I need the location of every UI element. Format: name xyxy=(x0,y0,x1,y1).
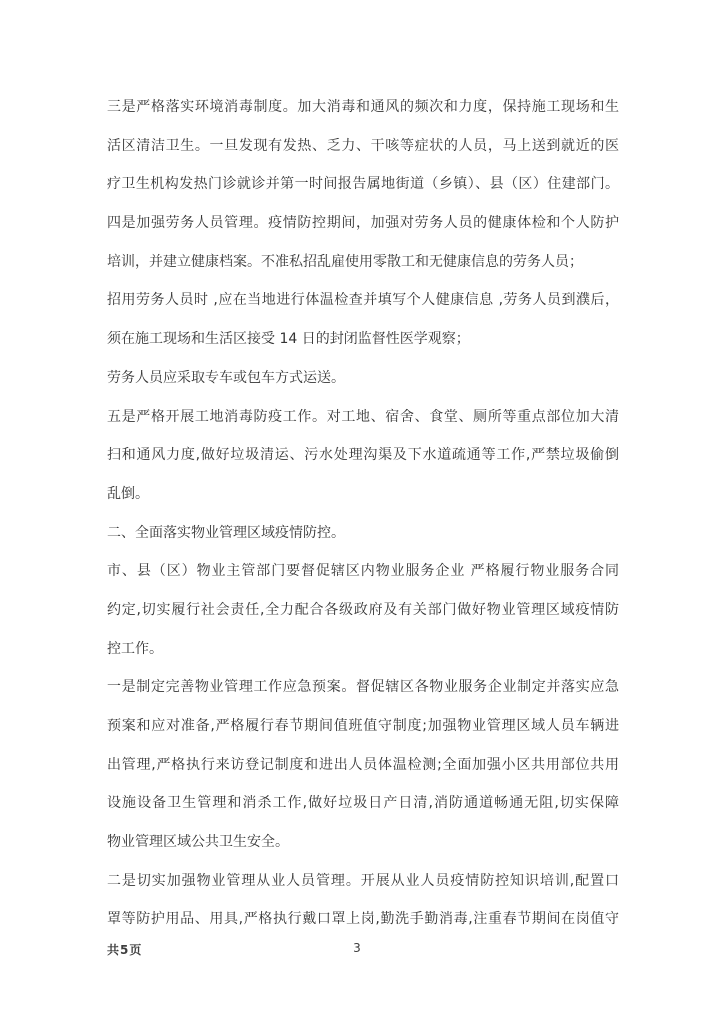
document-line: 二是切实加强物业管理从业人员管理。开展从业人员疫情防控知识培训,配置口 xyxy=(107,862,619,901)
document-line: 培训，并建立健康档案。不准私招乱雇使用零散工和无健康信息的劳务人员； xyxy=(107,243,619,282)
document-line: 扫和通风力度,做好垃圾清运、污水处理沟渠及下水道疏通等工作,严禁垃圾偷倒 xyxy=(107,436,619,475)
document-line: 活区清洁卫生。一旦发现有发热、乏力、干咳等症状的人员，马上送到就近的医 xyxy=(107,127,619,166)
document-body: 三是严格落实环境消毒制度。加大消毒和通风的频次和力度，保持施工现场和生活区清洁卫… xyxy=(107,88,619,939)
document-line: 四是加强劳务人员管理。疫情防控期间，加强对劳务人员的健康体检和个人防护 xyxy=(107,204,619,243)
document-line: 罩等防护用品、用具,严格执行戴口罩上岗,勤洗手勤消毒,注重春节期间在岗值守 xyxy=(107,900,619,939)
document-line: 预案和应对准备,严格履行春节期间值班值守制度;加强物业管理区域人员车辆进 xyxy=(107,707,619,746)
document-page: 三是严格落实环境消毒制度。加大消毒和通风的频次和力度，保持施工现场和生活区清洁卫… xyxy=(0,0,720,1020)
document-line: 乱倒。 xyxy=(107,475,619,514)
document-line: 控工作。 xyxy=(107,630,619,669)
document-line: 须在施工现场和生活区接受 14 日的封闭监督性医学观察； xyxy=(107,320,619,359)
document-line: 二、全面落实物业管理区域疫情防控。 xyxy=(107,514,619,553)
page-footer: 共5页 3 xyxy=(107,941,619,961)
document-line: 一是制定完善物业管理工作应急预案。督促辖区各物业服务企业制定并落实应急 xyxy=(107,668,619,707)
document-line: 五是严格开展工地消毒防疫工作。对工地、宿舍、食堂、厕所等重点部位加大清 xyxy=(107,398,619,437)
document-line: 出管理,严格执行来访登记制度和进出人员体温检测;全面加强小区共用部位共用 xyxy=(107,746,619,785)
document-line: 约定,切实履行社会责任,全力配合各级政府及有关部门做好物业管理区域疫情防 xyxy=(107,591,619,630)
document-line: 物业管理区域公共卫生安全。 xyxy=(107,823,619,862)
page-number: 3 xyxy=(107,941,607,955)
document-line: 设施设备卫生管理和消杀工作,做好垃圾日产日清,消防通道畅通无阻,切实保障 xyxy=(107,784,619,823)
document-line: 劳务人员应采取专车或包车方式运送。 xyxy=(107,359,619,398)
document-line: 疗卫生机构发热门诊就诊并第一时间报告属地街道（乡镇）、县（区）住建部门。 xyxy=(107,165,619,204)
document-line: 市、县（区）物业主管部门要督促辖区内物业服务企业 严格履行物业服务合同 xyxy=(107,552,619,591)
document-line: 招用劳务人员时 ,应在当地进行体温检查并填写个人健康信息 ,劳务人员到濮后， xyxy=(107,281,619,320)
document-line: 三是严格落实环境消毒制度。加大消毒和通风的频次和力度，保持施工现场和生 xyxy=(107,88,619,127)
